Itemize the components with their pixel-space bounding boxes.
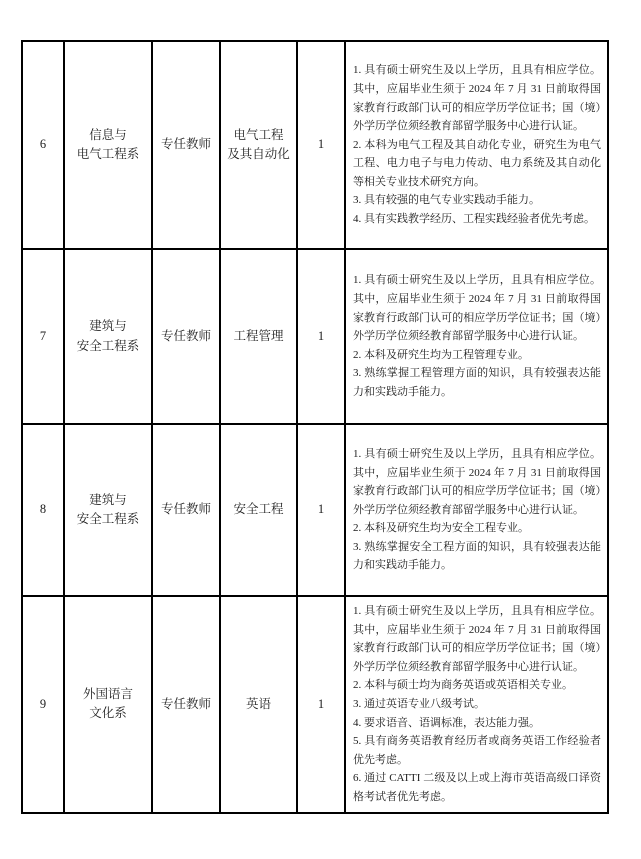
cell-requirements: 1. 具有硕士研究生及以上学历，且具有相应学位。其中，应届毕业生须于 2024 … xyxy=(345,41,608,249)
cell-major: 安全工程 xyxy=(220,424,297,596)
page: { "table": { "rows": [ { "no": "6", "dep… xyxy=(0,0,641,859)
cell-department: 建筑与 安全工程系 xyxy=(64,249,152,424)
cell-position-type: 专任教师 xyxy=(152,596,220,813)
table-row: 6 信息与 电气工程系 专任教师 电气工程 及其自动化 1 1. 具有硕士研究生… xyxy=(22,41,608,249)
cell-department: 信息与 电气工程系 xyxy=(64,41,152,249)
cell-count: 1 xyxy=(297,249,345,424)
table-row: 8 建筑与 安全工程系 专任教师 安全工程 1 1. 具有硕士研究生及以上学历，… xyxy=(22,424,608,596)
cell-major: 英语 xyxy=(220,596,297,813)
cell-row-number: 6 xyxy=(22,41,64,249)
recruitment-table: 6 信息与 电气工程系 专任教师 电气工程 及其自动化 1 1. 具有硕士研究生… xyxy=(21,40,609,814)
cell-position-type: 专任教师 xyxy=(152,41,220,249)
cell-major: 电气工程 及其自动化 xyxy=(220,41,297,249)
cell-count: 1 xyxy=(297,424,345,596)
cell-row-number: 9 xyxy=(22,596,64,813)
table-row: 7 建筑与 安全工程系 专任教师 工程管理 1 1. 具有硕士研究生及以上学历，… xyxy=(22,249,608,424)
cell-row-number: 7 xyxy=(22,249,64,424)
cell-position-type: 专任教师 xyxy=(152,249,220,424)
cell-requirements: 1. 具有硕士研究生及以上学历，且具有相应学位。其中，应届毕业生须于 2024 … xyxy=(345,424,608,596)
cell-requirements: 1. 具有硕士研究生及以上学历，且具有相应学位。其中，应届毕业生须于 2024 … xyxy=(345,596,608,813)
cell-department: 外国语言 文化系 xyxy=(64,596,152,813)
cell-department: 建筑与 安全工程系 xyxy=(64,424,152,596)
table-row: 9 外国语言 文化系 专任教师 英语 1 1. 具有硕士研究生及以上学历，且具有… xyxy=(22,596,608,813)
cell-count: 1 xyxy=(297,596,345,813)
cell-count: 1 xyxy=(297,41,345,249)
cell-requirements: 1. 具有硕士研究生及以上学历，且具有相应学位。其中，应届毕业生须于 2024 … xyxy=(345,249,608,424)
cell-row-number: 8 xyxy=(22,424,64,596)
cell-major: 工程管理 xyxy=(220,249,297,424)
cell-position-type: 专任教师 xyxy=(152,424,220,596)
